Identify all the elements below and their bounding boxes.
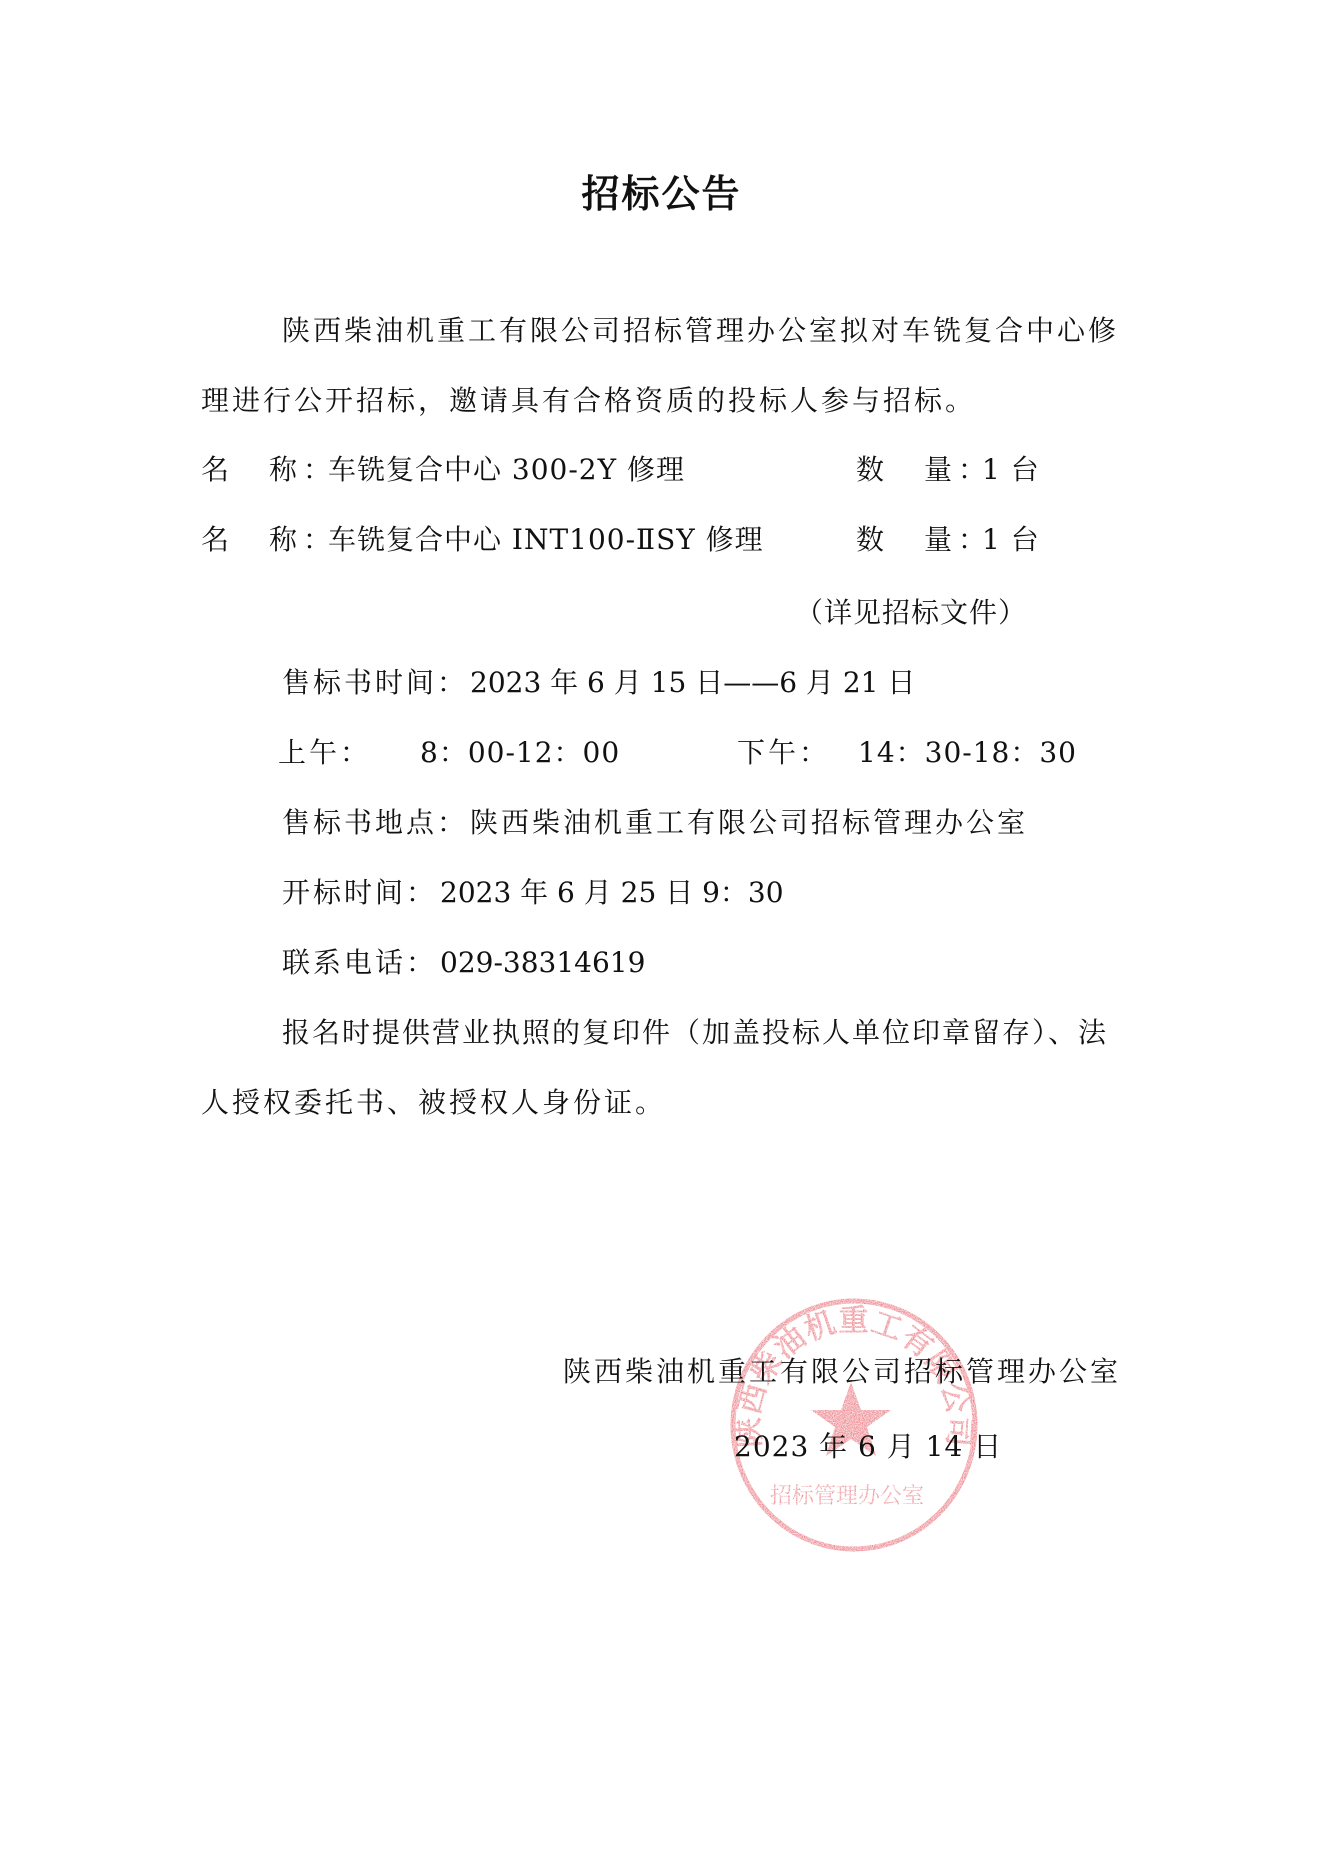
- item-qty-value: 1 台: [982, 453, 1040, 487]
- document-page: 招标公告 陕西柴油机重工有限公司招标管理办公室拟对车铣复合中心修 理进行公开招标…: [0, 0, 1323, 1871]
- contact-phone-label: 联系电话：: [282, 946, 437, 980]
- sale-location-value: 陕西柴油机重工有限公司招标管理办公室: [470, 806, 1028, 840]
- opening-time-label: 开标时间：: [282, 876, 437, 910]
- sale-time-value: 2023 年 6 月 15 日——6 月 21 日: [470, 666, 915, 700]
- morning-label: 上午：: [278, 736, 371, 770]
- opening-time-value: 2023 年 6 月 25 日 9：30: [440, 876, 784, 910]
- item-qty-label: 数 量：: [856, 523, 992, 557]
- item-name-value: 车铣复合中心 INT100-ⅡSY 修理: [328, 523, 764, 557]
- page-title: 招标公告: [0, 170, 1323, 218]
- item-qty-value: 1 台: [982, 523, 1040, 557]
- intro-line-2: 理进行公开招标，邀请具有合格资质的投标人参与招标。: [201, 384, 976, 418]
- morning-hours: 8：00-12：00: [420, 736, 620, 770]
- afternoon-hours: 14：30-18：30: [858, 736, 1077, 770]
- stamp-bottom-text: 招标管理办公室: [770, 1484, 924, 1509]
- requirements-line-1: 报名时提供营业执照的复印件（加盖投标人单位印章留存）、法: [282, 1016, 1108, 1050]
- sale-location-label: 售标书地点：: [282, 806, 468, 840]
- see-documents-note: （详见招标文件）: [795, 596, 1027, 630]
- official-seal-stamp: 陕西柴油机重工有限公司 招标管理办公室: [729, 1298, 979, 1552]
- item-name-value: 车铣复合中心 300-2Y 修理: [328, 453, 685, 487]
- afternoon-label: 下午：: [737, 736, 830, 770]
- intro-line-1: 陕西柴油机重工有限公司招标管理办公室拟对车铣复合中心修: [282, 314, 1119, 348]
- item-name-label: 名 称：: [201, 453, 337, 487]
- requirements-line-2: 人授权委托书、被授权人身份证。: [201, 1086, 666, 1120]
- issuer-signature: 陕西柴油机重工有限公司招标管理办公室: [563, 1355, 1121, 1389]
- item-qty-label: 数 量：: [856, 453, 992, 487]
- contact-phone-value: 029-38314619: [440, 946, 645, 980]
- item-name-label: 名 称：: [201, 523, 337, 557]
- sale-time-label: 售标书时间：: [282, 666, 468, 700]
- issue-date: 2023 年 6 月 14 日: [734, 1430, 1002, 1464]
